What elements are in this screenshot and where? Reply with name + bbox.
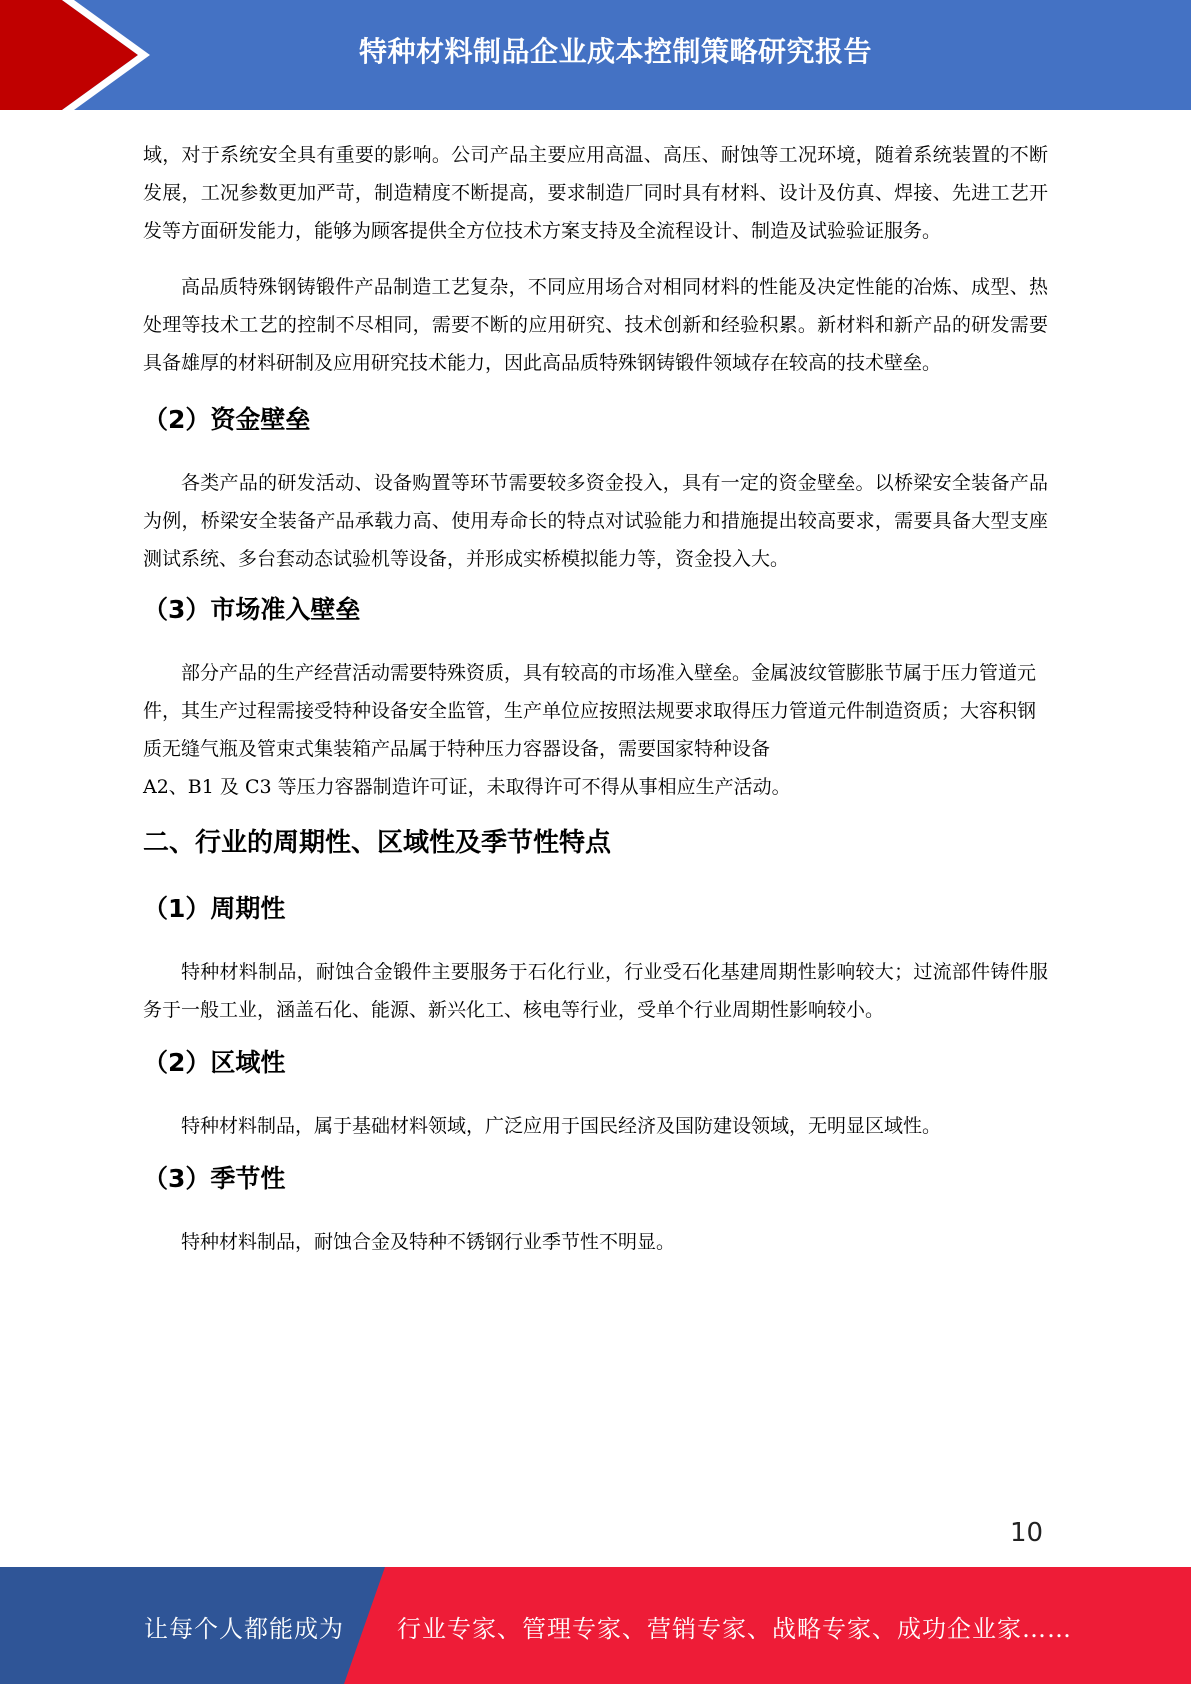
report-title: 特种材料制品企业成本控制策略研究报告 bbox=[0, 30, 1191, 70]
paragraph-regionality: 特种材料制品，属于基础材料领域，广泛应用于国民经济及国防建设领域，无明显区域性。 bbox=[143, 1107, 1048, 1145]
paragraph-periodicity: 特种材料制品，耐蚀合金锻件主要服务于石化行业，行业受石化基建周期性影响较大；过流… bbox=[143, 953, 1048, 1029]
paragraph-tech-barrier-cont: 域，对于系统安全具有重要的影响。公司产品主要应用高温、高压、耐蚀等工况环境，随着… bbox=[143, 136, 1048, 250]
page-number: 10 bbox=[1010, 1518, 1043, 1548]
heading-seasonality: （3）季节性 bbox=[143, 1159, 1048, 1195]
page-footer: 让每个人都能成为 行业专家、管理专家、营销专家、战略专家、成功企业家…… bbox=[0, 1567, 1191, 1684]
heading-industry-characteristics: 二、行业的周期性、区域性及季节性特点 bbox=[143, 822, 1048, 859]
heading-capital-barrier: （2）资金壁垒 bbox=[143, 400, 1048, 436]
document-body: 域，对于系统安全具有重要的影响。公司产品主要应用高温、高压、耐蚀等工况环境，随着… bbox=[143, 136, 1048, 1261]
paragraph-seasonality: 特种材料制品，耐蚀合金及特种不锈钢行业季节性不明显。 bbox=[143, 1223, 1048, 1261]
footer-slogan-right: 行业专家、管理专家、营销专家、战略专家、成功企业家…… bbox=[397, 1609, 1072, 1644]
paragraph-market-barrier-cont: A2、B1 及 C3 等压力容器制造许可证，未取得许可不得从事相应生产活动。 bbox=[143, 768, 1048, 806]
paragraph-market-barrier: 部分产品的生产经营活动需要特殊资质，具有较高的市场准入壁垒。金属波纹管膨胀节属于… bbox=[143, 654, 1048, 768]
heading-periodicity: （1）周期性 bbox=[143, 889, 1048, 925]
paragraph-capital-barrier: 各类产品的研发活动、设备购置等环节需要较多资金投入，具有一定的资金壁垒。以桥梁安… bbox=[143, 464, 1048, 578]
paragraph-tech-barrier: 高品质特殊钢铸锻件产品制造工艺复杂，不同应用场合对相同材料的性能及决定性能的冶炼… bbox=[143, 268, 1048, 382]
heading-market-barrier: （3）市场准入壁垒 bbox=[143, 590, 1048, 626]
footer-slogan-left: 让每个人都能成为 bbox=[144, 1609, 344, 1644]
heading-regionality: （2）区域性 bbox=[143, 1043, 1048, 1079]
page-header: 特种材料制品企业成本控制策略研究报告 bbox=[0, 0, 1191, 110]
